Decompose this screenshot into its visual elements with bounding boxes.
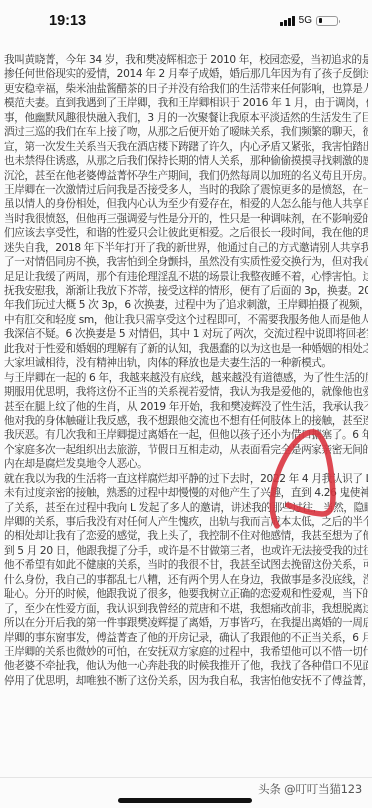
document-line: 个家庭多次一起组织出去旅游，节假日互相走动，从表面看完全是两家亲密无间的朋友，可 xyxy=(4,443,368,457)
document-line: 迷失自我，2018 年下半年打开了我的新世界，他通过自己的方式邀请别人共享我，第… xyxy=(4,241,368,255)
document-line: 我深信不疑。6 次换妻是 5 对情侣，其中 1 对玩了两次，交流过程中说即将回老… xyxy=(4,327,368,341)
document-line: 酒过三巡的我们在车上接了吻，从那之后便开始了暧昧关系，我们频繁的聊天，彼此心照不 xyxy=(4,125,368,139)
document-line: 抚我安慰我，渐渐让我放下芥蒂，接受这样的情形，便有了后面的 3p，换妻。2019… xyxy=(4,284,368,298)
home-indicator[interactable] xyxy=(118,798,252,803)
document-line: 王岸卿在一次激情过后问我是否接受多人，当时的我除了震惊更多的是愤怒，在一起 2 … xyxy=(4,183,368,197)
document-line: 我厌恶。有几次我和王岸卿提过离婚在一起，但他以孩子还小为借口搪塞了。6 年，我们… xyxy=(4,428,368,442)
status-bar: 19:13 5G xyxy=(0,0,372,40)
document-line: 内在却是腐烂发臭地令人恶心。 xyxy=(4,457,368,471)
document-line: 他不希望有如此不健康的关系，当时的我很不甘，我甚至试图去挽留这份关系，可笑吗我以 xyxy=(4,558,368,572)
network-type: 5G xyxy=(299,15,312,26)
document-line: 岸卿的关系，事后我没有对任何人产生愧疚，出轨与我而言成本太低，之后的半个月，我们 xyxy=(4,515,368,529)
document-line: 足足让我缓了两周，那个有违伦理淫乱不堪的场景让我整夜睡不着，心悸害怕。这期间他安 xyxy=(4,270,368,284)
document-line: 虽以情人的身份相处，但我内心认为至少有爱存在，相爱的人怎么能与他人共享自己的爱人… xyxy=(4,197,368,211)
document-line: 所以在分开后我的第一件事跟樊凌辉提了离婚，万事皆巧，在我提出离婚的一周后，我和王 xyxy=(4,616,368,630)
document-line: 停用了优思明，却唯独不断了这份关系，因为我自私，我害怕他安抚不了傅益菁，但内心已 xyxy=(4,674,368,688)
document-line: 王岸卿的关系也微妙的可怕，在安抚双方家庭的过程中，我希望他可以不惜一切代价安抚好 xyxy=(4,645,368,659)
document-line: 甚至在腿上纹了他的生肖，从 2019 年开始，我和樊凌辉没了性生活，我承认我不爱… xyxy=(4,400,368,414)
document-line: 宣，第一次发生关系当天我在酒店楼下踌躇了许久，内心矛盾又紧张，我害怕踏出这一步却 xyxy=(4,140,368,154)
document-line: 事，他幽默风趣很快融入我们，3 月的一次聚餐让我原本平淡适然的生活发生了巨大的变… xyxy=(4,111,368,125)
document-line: 未有过度亲密的接触，熟悉的过程中却慢慢的对他产生了兴趣，直到 4.26 鬼使神差… xyxy=(4,486,368,500)
status-time: 19:13 xyxy=(49,13,86,29)
status-indicators: 5G xyxy=(280,15,338,26)
document-line: 就在我以为我的生活将一直这样腐烂却平静的过下去时，2022 年 4 月我认识了 … xyxy=(4,472,368,486)
document-line: 也未禁得住诱惑，从那之后我们保持长期的情人关系，那种偷偷摸摸寻找刺激的感觉，让人 xyxy=(4,154,368,168)
document-line: 当时我很愤怒，但他再三强调爱与性是分开的，性只是一种调味剂，在不影响爱的前提下我 xyxy=(4,212,368,226)
document-line: 了关系，甚至在过程中我向 L 发起了多人的邀请，讲述我的那些过往，当然，隐瞒了我… xyxy=(4,501,368,515)
signal-bars-icon xyxy=(280,16,295,26)
document-line: 了一对情侣同房不换，我害怕到全身颤抖，虽然没有实质性爱交换行为，但对我心理的冲击 xyxy=(4,255,368,269)
document-text: 我叫黄晓菁，今年 34 岁，我和樊凌辉相恋于 2010 年，校园恋爱，当初追求的… xyxy=(4,53,368,688)
document-bottom-edge xyxy=(0,777,372,778)
document-line: 掺任何世俗现实的爱情，2014 年 2 月奉子成婚，婚后那几年因为有了孩子反倒过… xyxy=(4,67,368,81)
battery-level xyxy=(319,18,322,23)
document-line: 年我们玩过大概 5 次 3p，6 次换妻，过程中为了追求刺激，王岸卿拍摄了视频，… xyxy=(4,298,368,312)
document-line: 什么身份，我自己的事都乱七八糟，还有两个男人在身边，我做事是多没底线，没有一丝羞 xyxy=(4,573,368,587)
document-line: 他对我的身体触碰让我反感，我不想跟他交流也不想有任何肢体上的接触，甚至连他都让 xyxy=(4,414,368,428)
document-line: 岸卿的事东窗事发，傅益菁查了他的开房记录，确认了我跟他的不正当关系，6 月-9 … xyxy=(4,631,368,645)
document-line: 他老婆不牵扯我，他认为他一心奔赴我的时候我推开了他，我找了各种借口不见面，不上床… xyxy=(4,659,368,673)
battery-icon xyxy=(316,16,338,26)
document-line: 中有肛交和轻度 sm，他让我只需享受这个过程即可，不需要我服务他人而是他人服务我… xyxy=(4,313,368,327)
document-line: 沉沦，甚至在他老婆傅益菁怀孕生产期间，我们仍然每周以加班的名义苟且开房。2018… xyxy=(4,169,368,183)
document-line: 期服用优思明，我将这份不正当的关系视若爱情，我认为我是爱他的，就像他也爱我一样， xyxy=(4,385,368,399)
document-line: 大家坦诚相待，没有精神出轨，肉体的释放也是夫妻生活的一种新模式。 xyxy=(4,356,368,370)
document-line: 的相处却让我有了恋爱的感觉，我上头了，我控制不住对他感情，我甚至想为了他离婚，直 xyxy=(4,529,368,543)
document-line: 耻心。分开的时候，他跟我说了很多，他要我树立正确的恋爱观和性爱观，当下的我听进去 xyxy=(4,587,368,601)
document-line: 们应该去享受性，和谐的性爱只会让彼此更相爱。之后很长一段时间，我在他的理念中渐渐 xyxy=(4,226,368,240)
document-line: 此我对于性爱和婚姻的理解有了新的认知，我愚蠢的以为这也是一种婚姻的相处之道，只要 xyxy=(4,342,368,356)
document-line: 更安稳幸福，柴米油盐酱醋茶的日子并没有给我们的生活带来任何影响，也算是人人艳羡的 xyxy=(4,82,368,96)
document-line: 与王岸卿在一起的 6 年，我越来越没有底线，越来越没有道德感，为了性生活的质量，… xyxy=(4,371,368,385)
watermark: 头条 @叮叮当猫123 xyxy=(258,781,362,797)
document-line: 到 5 月 20 日，他跟我提了分手，或许是不甘做第三者，也或许无法接受我的过往… xyxy=(4,544,368,558)
document-line: 我叫黄晓菁，今年 34 岁，我和樊凌辉相恋于 2010 年，校园恋爱，当初追求的… xyxy=(4,53,368,67)
document-line: 模范夫妻。直到我遇到了王岸卿，我和王岸卿相识于 2016 年 1 月，由于调岗，… xyxy=(4,96,368,110)
document-line: 了，至少在性爱方面，我认识到我曾经的荒唐和不堪，我想痛改前非，我想脱离这样的生活… xyxy=(4,602,368,616)
